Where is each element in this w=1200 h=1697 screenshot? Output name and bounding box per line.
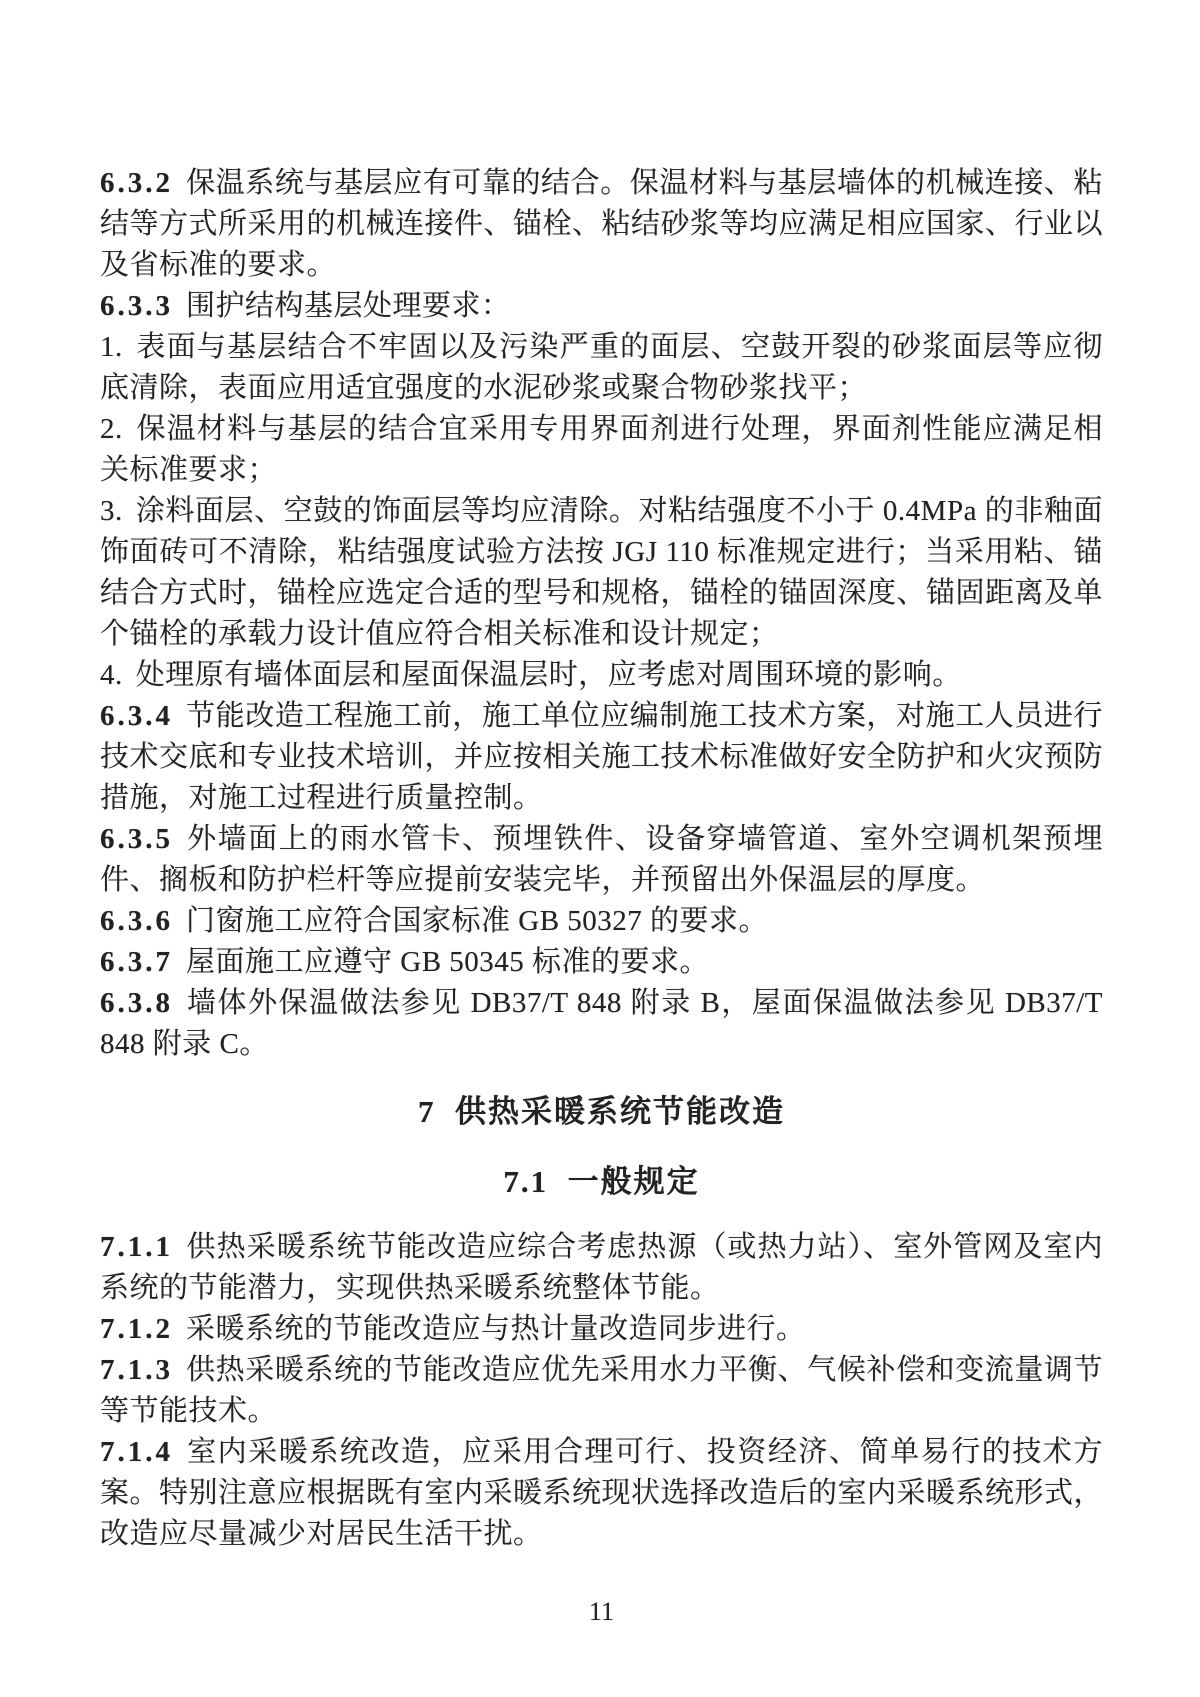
page-footer: 11 — [100, 1597, 1103, 1627]
page-number: 11 — [589, 1597, 614, 1626]
clause-text: 表面与基层结合不牢固以及污染严重的面层、空鼓开裂的砂浆面层等应彻底清除，表面应用… — [100, 331, 1103, 404]
clause-text: 保温系统与基层应有可靠的结合。保温材料与基层墙体的机械连接、粘结等方式所采用的机… — [100, 167, 1103, 281]
clause-number: 6.3.2 — [100, 167, 173, 199]
clause-7-1-3: 7.1.3供热采暖系统的节能改造应优先采用水力平衡、气候补偿和变流量调节等节能技… — [100, 1350, 1103, 1432]
clause-number: 6.3.3 — [100, 290, 173, 322]
clause-6-3-3-item-3: 3.涂料面层、空鼓的饰面层等均应清除。对粘结强度不小于 0.4MPa 的非釉面饰… — [100, 491, 1103, 655]
document-body: 6.3.2保温系统与基层应有可靠的结合。保温材料与基层墙体的机械连接、粘结等方式… — [100, 163, 1103, 1627]
clause-number: 6.3.6 — [100, 905, 173, 937]
clause-number: 6.3.8 — [100, 987, 173, 1019]
clause-6-3-7: 6.3.7屋面施工应遵守 GB 50345 标准的要求。 — [100, 942, 1103, 983]
clause-text: 供热采暖系统的节能改造应优先采用水力平衡、气候补偿和变流量调节等节能技术。 — [100, 1354, 1103, 1427]
clause-6-3-3: 6.3.3围护结构基层处理要求： — [100, 286, 1103, 327]
clause-text: 墙体外保温做法参见 DB37/T 848 附录 B，屋面保温做法参见 DB37/… — [100, 987, 1103, 1060]
clause-number: 7.1.4 — [100, 1436, 173, 1468]
clause-text: 采暖系统的节能改造应与热计量改造同步进行。 — [186, 1313, 806, 1345]
clause-text: 门窗施工应符合国家标准 GB 50327 的要求。 — [186, 905, 768, 937]
section-7-1-heading: 7.1 一般规定 — [100, 1161, 1103, 1202]
clause-text: 处理原有墙体面层和屋面保温层时，应考虑对周围环境的影响。 — [136, 659, 962, 691]
clause-text: 室内采暖系统改造，应采用合理可行、投资经济、简单易行的技术方案。特别注意应根据既… — [100, 1436, 1103, 1550]
clause-6-3-6: 6.3.6门窗施工应符合国家标准 GB 50327 的要求。 — [100, 901, 1103, 942]
clause-number: 7.1.2 — [100, 1313, 173, 1345]
clause-7-1-4: 7.1.4室内采暖系统改造，应采用合理可行、投资经济、简单易行的技术方案。特别注… — [100, 1432, 1103, 1555]
clause-6-3-3-item-1: 1.表面与基层结合不牢固以及污染严重的面层、空鼓开裂的砂浆面层等应彻底清除，表面… — [100, 327, 1103, 409]
item-number: 4. — [100, 659, 123, 691]
clause-text: 屋面施工应遵守 GB 50345 标准的要求。 — [186, 946, 709, 978]
clause-text: 涂料面层、空鼓的饰面层等均应清除。对粘结强度不小于 0.4MPa 的非釉面饰面砖… — [100, 495, 1103, 650]
chapter-7-heading: 7 供热采暖系统节能改造 — [100, 1091, 1103, 1132]
clause-number: 6.3.5 — [100, 823, 173, 855]
clause-number: 7.1.1 — [100, 1231, 173, 1263]
clause-7-1-2: 7.1.2采暖系统的节能改造应与热计量改造同步进行。 — [100, 1309, 1103, 1350]
clause-text: 节能改造工程施工前，施工单位应编制施工技术方案，对施工人员进行技术交底和专业技术… — [100, 700, 1103, 814]
item-number: 2. — [100, 413, 123, 445]
clause-6-3-8: 6.3.8墙体外保温做法参见 DB37/T 848 附录 B，屋面保温做法参见 … — [100, 983, 1103, 1065]
clause-text: 保温材料与基层的结合宜采用专用界面剂进行处理，界面剂性能应满足相关标准要求； — [100, 413, 1103, 486]
clause-text: 外墙面上的雨水管卡、预埋铁件、设备穿墙管道、室外空调机架预埋件、搁板和防护栏杆等… — [100, 823, 1103, 896]
clause-text: 围护结构基层处理要求： — [186, 290, 511, 322]
item-number: 3. — [100, 495, 123, 527]
clause-number: 7.1.3 — [100, 1354, 173, 1386]
clause-text: 供热采暖系统节能改造应综合考虑热源（或热力站）、室外管网及室内系统的节能潜力，实… — [100, 1231, 1103, 1304]
clause-6-3-3-item-4: 4.处理原有墙体面层和屋面保温层时，应考虑对周围环境的影响。 — [100, 655, 1103, 696]
clause-number: 6.3.4 — [100, 700, 173, 732]
clause-6-3-4: 6.3.4节能改造工程施工前，施工单位应编制施工技术方案，对施工人员进行技术交底… — [100, 696, 1103, 819]
clause-6-3-3-item-2: 2.保温材料与基层的结合宜采用专用界面剂进行处理，界面剂性能应满足相关标准要求； — [100, 409, 1103, 491]
item-number: 1. — [100, 331, 123, 363]
clause-6-3-5: 6.3.5外墙面上的雨水管卡、预埋铁件、设备穿墙管道、室外空调机架预埋件、搁板和… — [100, 819, 1103, 901]
document-page: 6.3.2保温系统与基层应有可靠的结合。保温材料与基层墙体的机械连接、粘结等方式… — [0, 0, 1200, 1697]
clause-7-1-1: 7.1.1供热采暖系统节能改造应综合考虑热源（或热力站）、室外管网及室内系统的节… — [100, 1227, 1103, 1309]
clause-number: 6.3.7 — [100, 946, 173, 978]
clause-6-3-2: 6.3.2保温系统与基层应有可靠的结合。保温材料与基层墙体的机械连接、粘结等方式… — [100, 163, 1103, 286]
